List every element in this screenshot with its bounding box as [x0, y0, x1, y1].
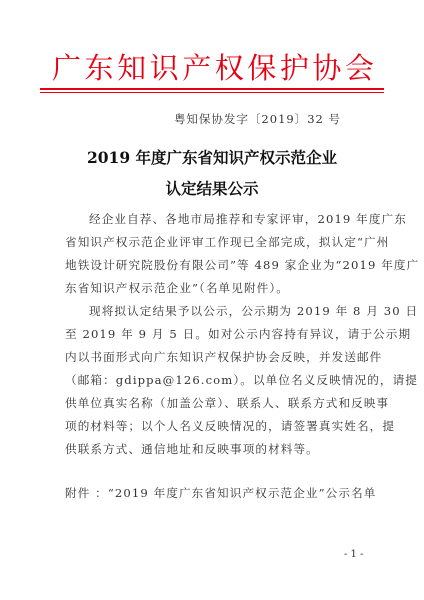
paragraph-line: 项的材料等；以个人名义反映情况的，请签署真实姓名，提 — [65, 415, 385, 438]
body-paragraph-1: 经企业自荐、各地市局推荐和专家评审，2019 年度广东 省知识产权示范企业评审工… — [65, 208, 385, 300]
letterhead-divider-thick — [40, 88, 384, 90]
letterhead-char: 东 — [85, 50, 114, 86]
document-title-line2: 认定结果公示 — [0, 177, 424, 199]
paragraph-line: 内以书面形式向广东知识产权保护协会反映，并发送邮件 — [65, 346, 385, 369]
letterhead-char: 广 — [52, 50, 81, 86]
paragraph-line: 至 2019 年 9 月 5 日。如对公示内容持有异议，请于公示期 — [65, 323, 385, 346]
letterhead-char: 协 — [312, 50, 341, 86]
body-paragraph-2: 现将拟认定结果予以公示，公示期为 2019 年 8 月 30 日 至 2019 … — [65, 300, 385, 461]
document-number: 粤知保协发字〔2019〕32 号 — [174, 111, 341, 127]
letterhead-char: 产 — [182, 50, 211, 86]
paragraph-line: 现将拟认定结果予以公示，公示期为 2019 年 8 月 30 日 — [65, 300, 385, 323]
paragraph-line: 省知识产权示范企业评审工作现已全部完成，拟认定“广州 — [65, 231, 385, 254]
paragraph-line: 经企业自荐、各地市局推荐和专家评审，2019 年度广东 — [65, 208, 385, 231]
letterhead-char: 权 — [215, 50, 244, 86]
letterhead-char: 保 — [247, 50, 276, 86]
letterhead-char: 会 — [345, 50, 374, 86]
letterhead-divider-thin — [40, 92, 384, 93]
page-number: - 1 - — [344, 549, 363, 560]
letterhead-char: 知 — [117, 50, 146, 86]
organization-letterhead: 广 东 知 识 产 权 保 护 协 会 — [52, 50, 374, 86]
paragraph-line: 供单位真实名称（加盖公章）、联系人、联系方式和反映事 — [65, 392, 385, 415]
paragraph-line: （邮箱：gdippa@126.com）。以单位名义反映情况的，请提 — [65, 369, 385, 392]
letterhead-char: 识 — [150, 50, 179, 86]
attachment-note: 附件 ：“2019 年度广东省知识产权示范企业”公示名单 — [65, 485, 376, 501]
letterhead-char: 护 — [280, 50, 309, 86]
paragraph-line: 地铁设计研究院股份有限公司”等 489 家企业为“2019 年度广 — [65, 254, 385, 277]
document-title-line1: 2019 年度广东省知识产权示范企业 — [0, 146, 424, 168]
paragraph-line: 供联系方式、通信地址和反映事项的材料等。 — [65, 438, 385, 461]
paragraph-line: 东省知识产权示范企业”（名单见附件）。 — [65, 277, 385, 300]
